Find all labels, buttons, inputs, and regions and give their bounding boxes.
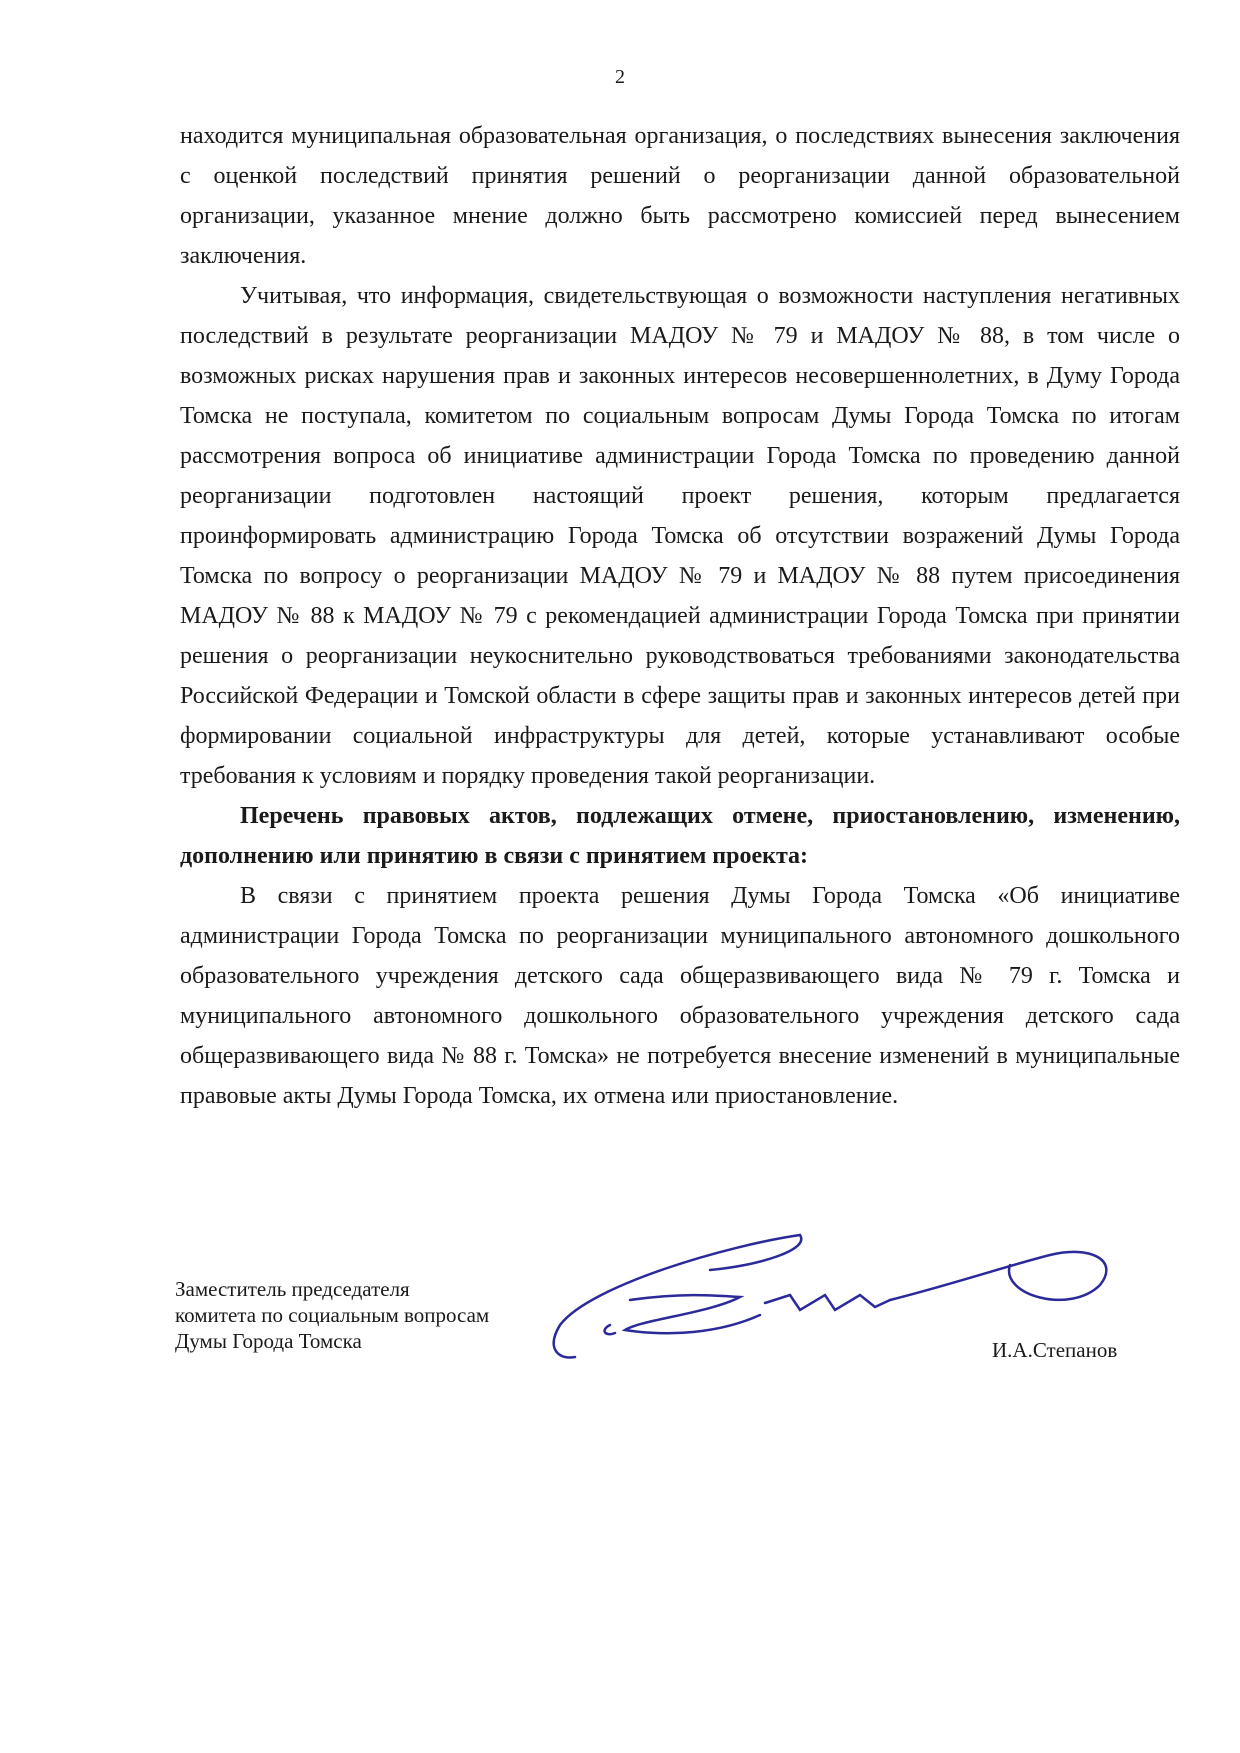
section-heading-legal-acts: Перечень правовых актов, подлежащих отме… xyxy=(180,796,1180,876)
paragraph-continuation: находится муниципальная образовательная … xyxy=(180,116,1180,276)
signer-name: И.А.Степанов xyxy=(992,1338,1117,1363)
document-page: 2 находится муниципальная образовательна… xyxy=(0,0,1240,1753)
paragraph-no-changes: В связи с принятием проекта решения Думы… xyxy=(180,876,1180,1116)
page-number: 2 xyxy=(0,66,1240,89)
position-line: Думы Города Томска xyxy=(175,1328,489,1354)
paragraph-considering: Учитывая, что информация, свидетельствую… xyxy=(180,276,1180,796)
signatory-position: Заместитель председателя комитета по соц… xyxy=(175,1276,489,1354)
document-body: находится муниципальная образовательная … xyxy=(180,116,1180,1116)
position-line: комитета по социальным вопросам xyxy=(175,1302,489,1328)
position-line: Заместитель председателя xyxy=(175,1276,489,1302)
